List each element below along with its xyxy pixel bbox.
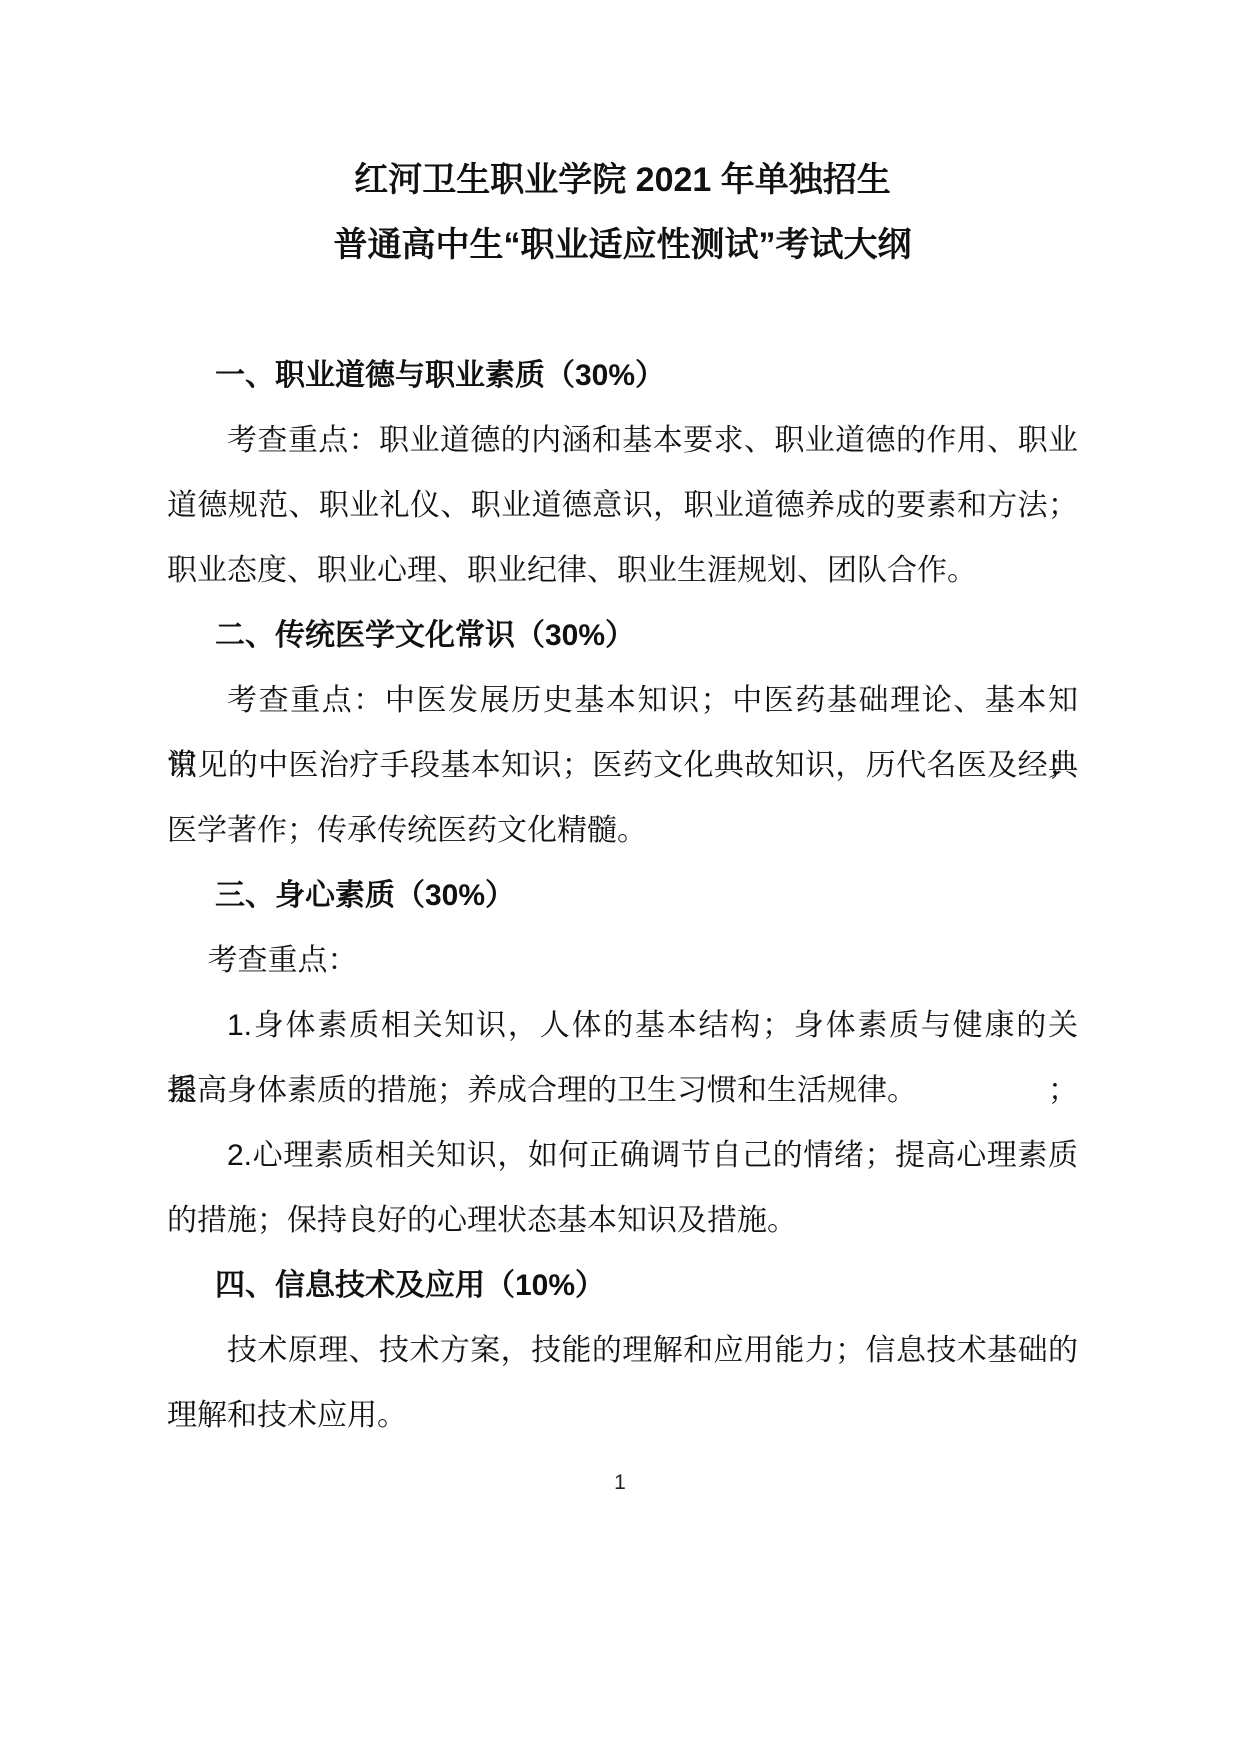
paragraph-line: 理解和技术应用。 bbox=[167, 1383, 1078, 1448]
document-page: 红河卫生职业学院 2021 年单独招生 普通高中生“职业适应性测试”考试大纲 一… bbox=[0, 0, 1240, 1753]
paragraph-line: 考查重点： bbox=[167, 928, 1078, 993]
paragraph-line: 的措施；保持良好的心理状态基本知识及措施。 bbox=[167, 1188, 1078, 1253]
section-4-heading: 四、信息技术及应用（10%） bbox=[167, 1253, 1078, 1318]
doc-title-line-1: 红河卫生职业学院 2021 年单独招生 bbox=[167, 148, 1078, 213]
paragraph-line: 技术原理、技术方案，技能的理解和应用能力；信息技术基础的 bbox=[167, 1318, 1078, 1383]
paragraph-line: 1.身体素质相关知识，人体的基本结构；身体素质与健康的关系； bbox=[167, 993, 1078, 1058]
paragraph-line: 职业态度、职业心理、职业纪律、职业生涯规划、团队合作。 bbox=[167, 538, 1078, 603]
paragraph-line: 考查重点：职业道德的内涵和基本要求、职业道德的作用、职业 bbox=[167, 408, 1078, 473]
paragraph-line: 常见的中医治疗手段基本知识；医药文化典故知识，历代名医及经典 bbox=[167, 733, 1078, 798]
section-3-heading: 三、身心素质（30%） bbox=[167, 863, 1078, 928]
paragraph-line: 2.心理素质相关知识，如何正确调节自己的情绪；提高心理素质 bbox=[167, 1123, 1078, 1188]
page-number: 1 bbox=[0, 1468, 1240, 1498]
paragraph-line: 道德规范、职业礼仪、职业道德意识，职业道德养成的要素和方法； bbox=[167, 473, 1078, 538]
section-1-heading: 一、职业道德与职业素质（30%） bbox=[167, 343, 1078, 408]
title-body-gap bbox=[167, 278, 1078, 343]
section-2-heading: 二、传统医学文化常识（30%） bbox=[167, 603, 1078, 668]
paragraph-line: 医学著作；传承传统医药文化精髓。 bbox=[167, 798, 1078, 863]
paragraph-line: 考查重点：中医发展历史基本知识；中医药基础理论、基本知识； bbox=[167, 668, 1078, 733]
doc-title-line-2: 普通高中生“职业适应性测试”考试大纲 bbox=[167, 213, 1078, 278]
document-content: 红河卫生职业学院 2021 年单独招生 普通高中生“职业适应性测试”考试大纲 一… bbox=[167, 148, 1078, 1448]
